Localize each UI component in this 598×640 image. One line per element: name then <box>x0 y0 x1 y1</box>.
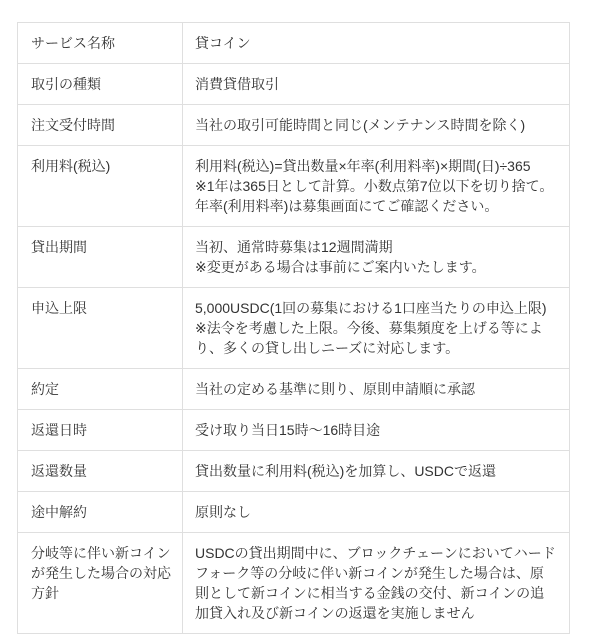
row-label: 約定 <box>18 369 183 410</box>
row-value-line: USDCの貸出期間中に、ブロックチェーンにおいてハードフォーク等の分岐に伴い新コ… <box>195 543 557 623</box>
row-label: 返還日時 <box>18 410 183 451</box>
row-value-line: 受け取り当日15時〜16時目途 <box>195 420 557 440</box>
row-value-line: 利用料(税込)=貸出数量×年率(利用料率)×期間(日)÷365 <box>195 156 557 176</box>
row-label: 取引の種類 <box>18 64 183 105</box>
row-value: 貸コイン <box>183 23 570 64</box>
row-value-line: 原則なし <box>195 502 557 522</box>
service-spec-table-body: サービス名称 貸コイン 取引の種類 消費貸借取引 注文受付時間 当社の取引可能時… <box>18 23 570 634</box>
row-label: 申込上限 <box>18 288 183 369</box>
table-row-order-hours: 注文受付時間 当社の取引可能時間と同じ(メンテナンス時間を除く) <box>18 105 570 146</box>
row-value-line: 当初、通常時募集は12週間満期 <box>195 237 557 257</box>
row-value: 消費貸借取引 <box>183 64 570 105</box>
row-value: 原則なし <box>183 492 570 533</box>
table-row-usage-fee: 利用料(税込) 利用料(税込)=貸出数量×年率(利用料率)×期間(日)÷365 … <box>18 146 570 227</box>
row-value: 当初、通常時募集は12週間満期 ※変更がある場合は事前にご案内いたします。 <box>183 227 570 288</box>
row-value-line: ※変更がある場合は事前にご案内いたします。 <box>195 257 557 277</box>
row-label: 注文受付時間 <box>18 105 183 146</box>
service-spec-table: サービス名称 貸コイン 取引の種類 消費貸借取引 注文受付時間 当社の取引可能時… <box>17 22 570 634</box>
table-row-transaction-type: 取引の種類 消費貸借取引 <box>18 64 570 105</box>
row-label: 途中解約 <box>18 492 183 533</box>
row-label: 分岐等に伴い新コインが発生した場合の対応方針 <box>18 533 183 634</box>
row-value-line: ※1年は365日として計算。小数点第7位以下を切り捨て。年率(利用料率)は募集画… <box>195 176 557 216</box>
row-value: 貸出数量に利用料(税込)を加算し、USDCで返還 <box>183 451 570 492</box>
row-value-line: 当社の定める基準に則り、原則申請順に承認 <box>195 379 557 399</box>
row-value-line: 貸コイン <box>195 33 557 53</box>
row-value-line: 5,000USDC(1回の募集における1口座当たりの申込上限) <box>195 298 557 318</box>
table-row-lending-period: 貸出期間 当初、通常時募集は12週間満期 ※変更がある場合は事前にご案内いたしま… <box>18 227 570 288</box>
row-value: 利用料(税込)=貸出数量×年率(利用料率)×期間(日)÷365 ※1年は365日… <box>183 146 570 227</box>
table-row-early-cancellation: 途中解約 原則なし <box>18 492 570 533</box>
table-row-application-limit: 申込上限 5,000USDC(1回の募集における1口座当たりの申込上限) ※法令… <box>18 288 570 369</box>
table-row-execution: 約定 当社の定める基準に則り、原則申請順に承認 <box>18 369 570 410</box>
row-value-line: 消費貸借取引 <box>195 74 557 94</box>
page: サービス名称 貸コイン 取引の種類 消費貸借取引 注文受付時間 当社の取引可能時… <box>0 0 598 640</box>
table-row-return-time: 返還日時 受け取り当日15時〜16時目途 <box>18 410 570 451</box>
table-row-service-name: サービス名称 貸コイン <box>18 23 570 64</box>
row-value: 受け取り当日15時〜16時目途 <box>183 410 570 451</box>
row-value-line: 貸出数量に利用料(税込)を加算し、USDCで返還 <box>195 461 557 481</box>
row-label: サービス名称 <box>18 23 183 64</box>
row-value-line: ※法令を考慮した上限。今後、募集頻度を上げる等により、多くの貸し出しニーズに対応… <box>195 318 557 358</box>
row-value: 5,000USDC(1回の募集における1口座当たりの申込上限) ※法令を考慮した… <box>183 288 570 369</box>
table-row-fork-policy: 分岐等に伴い新コインが発生した場合の対応方針 USDCの貸出期間中に、ブロックチ… <box>18 533 570 634</box>
row-value: 当社の定める基準に則り、原則申請順に承認 <box>183 369 570 410</box>
row-label: 返還数量 <box>18 451 183 492</box>
row-value-line: 当社の取引可能時間と同じ(メンテナンス時間を除く) <box>195 115 557 135</box>
row-label: 利用料(税込) <box>18 146 183 227</box>
table-row-return-amount: 返還数量 貸出数量に利用料(税込)を加算し、USDCで返還 <box>18 451 570 492</box>
row-label: 貸出期間 <box>18 227 183 288</box>
row-value: USDCの貸出期間中に、ブロックチェーンにおいてハードフォーク等の分岐に伴い新コ… <box>183 533 570 634</box>
row-value: 当社の取引可能時間と同じ(メンテナンス時間を除く) <box>183 105 570 146</box>
